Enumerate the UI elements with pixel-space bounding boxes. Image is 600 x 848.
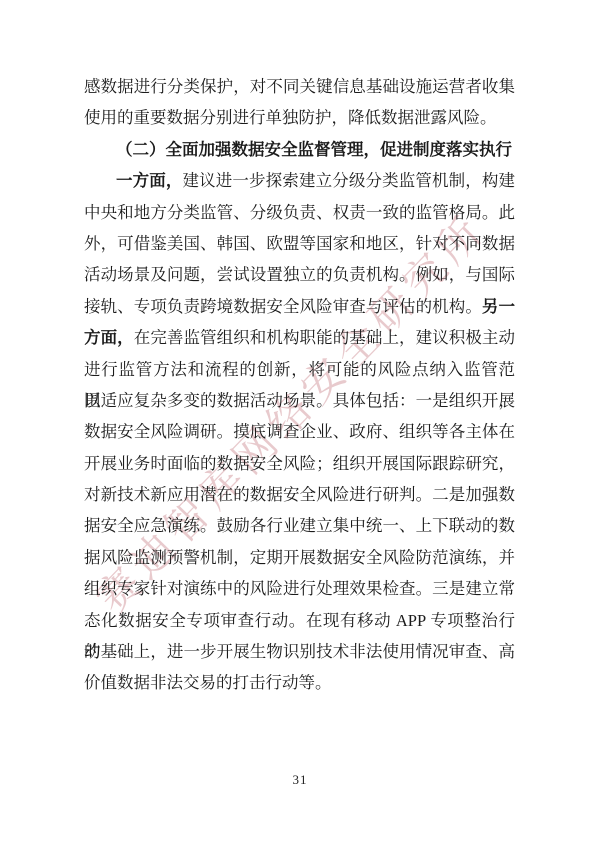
- text-line: 一方面，建议进一步探索建立分级分类监管机制，构建: [84, 165, 515, 196]
- text-segment: 对新技术新应用潜在的数据安全风险进行研判。二是加强数: [84, 485, 515, 504]
- text-line: 开展业务时面临的数据安全风险；组织开展国际跟踪研究，: [84, 448, 515, 479]
- bold-text-segment: 方面，: [84, 328, 134, 347]
- text-segment: 中央和地方分类监管、分级负责、权责一致的监管格局。此: [84, 203, 515, 222]
- text-segment: 在完善监管组织和机构职能的基础上，建议积极主动: [134, 328, 515, 347]
- text-line: 组织专家针对演练中的风险进行处理效果检查。三是建立常: [84, 573, 515, 604]
- text-line: 方面，在完善监管组织和机构职能的基础上，建议积极主动: [84, 322, 515, 353]
- bold-text-segment: 一方面，: [116, 171, 183, 190]
- text-segment: 接轨、专项负责跨境数据安全风险审查与评估的机构。: [84, 297, 482, 316]
- text-segment: 开展业务时面临的数据安全风险；组织开展国际跟踪研究，: [84, 454, 515, 473]
- text-line: 据安全应急演练。鼓励各行业建立集中统一、上下联动的数: [84, 510, 515, 541]
- text-segment: 以适应复杂多变的数据活动场景。具体包括：一是组织开展: [84, 391, 515, 410]
- text-segment: 建议进一步探索建立分级分类监管机制，构建: [183, 171, 515, 190]
- text-line: 中央和地方分类监管、分级负责、权责一致的监管格局。此: [84, 197, 515, 228]
- text-line: 使用的重要数据分别进行单独防护，降低数据泄露风险。: [84, 102, 515, 133]
- document-lines: 感数据进行分类保护，对不同关键信息基础设施运营者收集使用的重要数据分别进行单独防…: [84, 71, 515, 699]
- bold-text-segment: （二）全面加强数据安全监督管理，促进制度落实执行: [116, 140, 512, 159]
- bold-text-segment: 另一: [482, 297, 515, 316]
- text-line: 以适应复杂多变的数据活动场景。具体包括：一是组织开展: [84, 385, 515, 416]
- text-line: 据风险监测预警机制，定期开展数据安全风险防范演练，并: [84, 542, 515, 573]
- text-line: 价值数据非法交易的打击行动等。: [84, 667, 515, 698]
- text-line: 对新技术新应用潜在的数据安全风险进行研判。二是加强数: [84, 479, 515, 510]
- document-page: 赛迪智库网络安全研究所 感数据进行分类保护，对不同关键信息基础设施运营者收集使用…: [0, 0, 600, 848]
- text-line: （二）全面加强数据安全监督管理，促进制度落实执行: [84, 134, 515, 165]
- text-segment: 价值数据非法交易的打击行动等。: [84, 673, 332, 692]
- page-number: 31: [0, 772, 600, 788]
- text-line: 数据安全风险调研。摸底调查企业、政府、组织等各主体在: [84, 416, 515, 447]
- text-line: 的基础上，进一步开展生物识别技术非法使用情况审查、高: [84, 636, 515, 667]
- text-segment: 感数据进行分类保护，对不同关键信息基础设施运营者收集: [84, 77, 515, 96]
- text-line: 活动场景及问题，尝试设置独立的负责机构。例如，与国际: [84, 259, 515, 290]
- text-line: 外，可借鉴美国、韩国、欧盟等国家和地区，针对不同数据: [84, 228, 515, 259]
- text-line: 进行监管方法和流程的创新，将可能的风险点纳入监管范围，: [84, 354, 515, 385]
- text-segment: 外，可借鉴美国、韩国、欧盟等国家和地区，针对不同数据: [84, 234, 515, 253]
- text-segment: 据风险监测预警机制，定期开展数据安全风险防范演练，并: [84, 548, 515, 567]
- text-segment: 据安全应急演练。鼓励各行业建立集中统一、上下联动的数: [84, 516, 515, 535]
- text-segment: 使用的重要数据分别进行单独防护，降低数据泄露风险。: [84, 108, 497, 127]
- text-segment: 的基础上，进一步开展生物识别技术非法使用情况审查、高: [84, 642, 515, 661]
- text-line: 感数据进行分类保护，对不同关键信息基础设施运营者收集: [84, 71, 515, 102]
- text-segment: 组织专家针对演练中的风险进行处理效果检查。三是建立常: [84, 579, 515, 598]
- text-segment: 活动场景及问题，尝试设置独立的负责机构。例如，与国际: [84, 265, 515, 284]
- text-segment: 数据安全风险调研。摸底调查企业、政府、组织等各主体在: [84, 422, 515, 441]
- text-line: 接轨、专项负责跨境数据安全风险审查与评估的机构。另一: [84, 291, 515, 322]
- text-line: 态化数据安全专项审查行动。在现有移动 APP 专项整治行动: [84, 605, 515, 636]
